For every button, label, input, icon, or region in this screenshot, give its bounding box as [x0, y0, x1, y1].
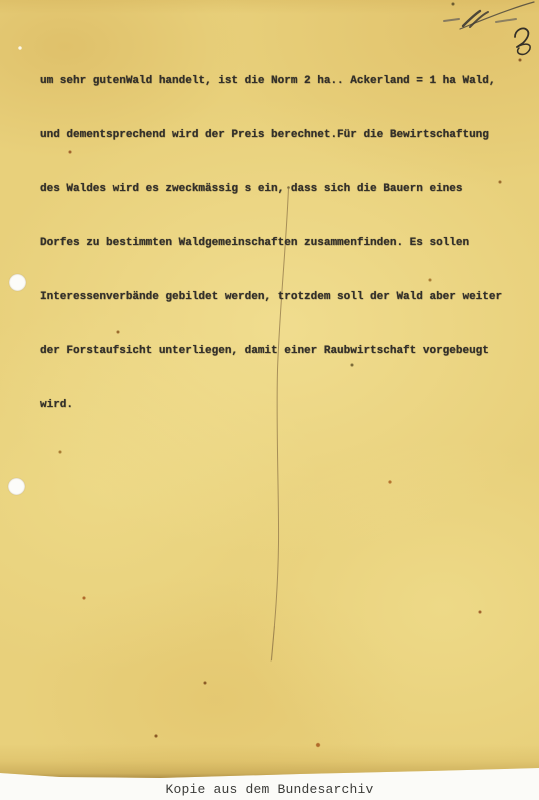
- text-line: Interessenverbände gebildet werden, trot…: [40, 288, 520, 306]
- text-line: um sehr gutenWald handelt, ist die Norm …: [40, 72, 520, 90]
- archive-caption: Kopie aus dem Bundesarchiv: [0, 782, 539, 797]
- text-line: der Forstaufsicht unterliegen, damit ein…: [40, 342, 520, 360]
- typewritten-paragraph: um sehr gutenWald handelt, ist die Norm …: [40, 36, 520, 450]
- text-line: des Waldes wird es zweckmässig s ein, da…: [40, 180, 520, 198]
- punch-hole-top: [9, 274, 26, 291]
- text-line: Dorfes zu bestimmten Waldgemeinschaften …: [40, 234, 520, 252]
- punch-hole-bottom: [8, 478, 25, 495]
- text-line: wird.: [40, 396, 520, 414]
- paper-bottom-edge-shadow: [0, 744, 539, 778]
- archive-footer: Kopie aus dem Bundesarchiv: [0, 778, 539, 800]
- text-line: und dementsprechend wird der Preis berec…: [40, 126, 520, 144]
- scanned-document: um sehr gutenWald handelt, ist die Norm …: [0, 0, 539, 800]
